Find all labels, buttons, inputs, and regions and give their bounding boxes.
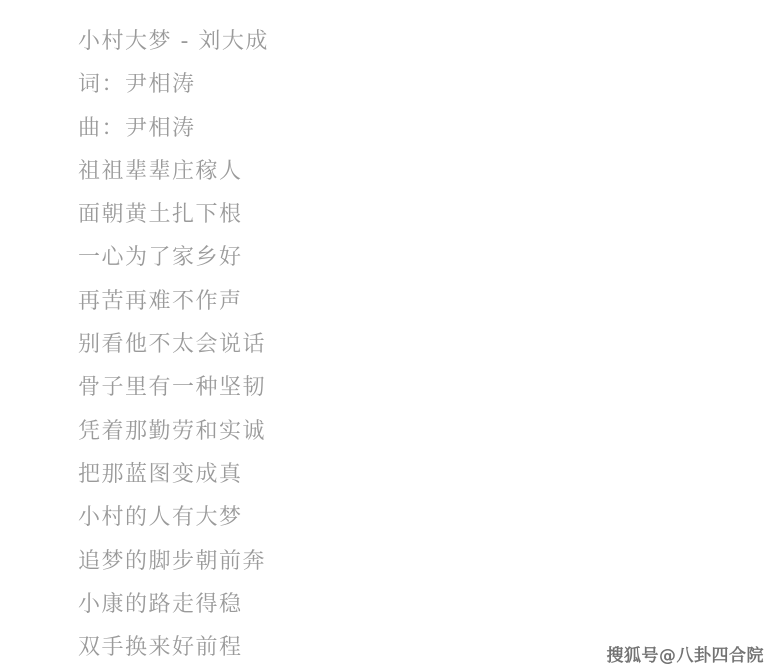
lyric-line: 祖祖辈辈庄稼人 (78, 150, 269, 193)
lyric-line: 一心为了家乡好 (78, 236, 269, 279)
lyric-line-title: 小村大梦 - 刘大成 (78, 20, 269, 63)
lyrics-block: 小村大梦 - 刘大成 词：尹相涛 曲：尹相涛 祖祖辈辈庄稼人 面朝黄土扎下根 一… (78, 20, 269, 669)
lyric-line: 骨子里有一种坚韧 (78, 366, 269, 409)
lyric-line: 别看他不太会说话 (78, 323, 269, 366)
lyric-line-composer: 曲：尹相涛 (78, 107, 269, 150)
lyric-line: 小康的路走得稳 (78, 583, 269, 626)
sohu-watermark: 搜狐号@八卦四合院 (607, 641, 765, 666)
lyric-line: 再苦再难不作声 (78, 280, 269, 323)
lyric-line: 凭着那勤劳和实诚 (78, 410, 269, 453)
lyric-line: 面朝黄土扎下根 (78, 193, 269, 236)
lyric-line-lyricist: 词：尹相涛 (78, 63, 269, 106)
lyric-line: 小村的人有大梦 (78, 496, 269, 539)
lyric-line: 双手换来好前程 (78, 626, 269, 669)
lyric-line: 追梦的脚步朝前奔 (78, 540, 269, 583)
lyric-line: 把那蓝图变成真 (78, 453, 269, 496)
